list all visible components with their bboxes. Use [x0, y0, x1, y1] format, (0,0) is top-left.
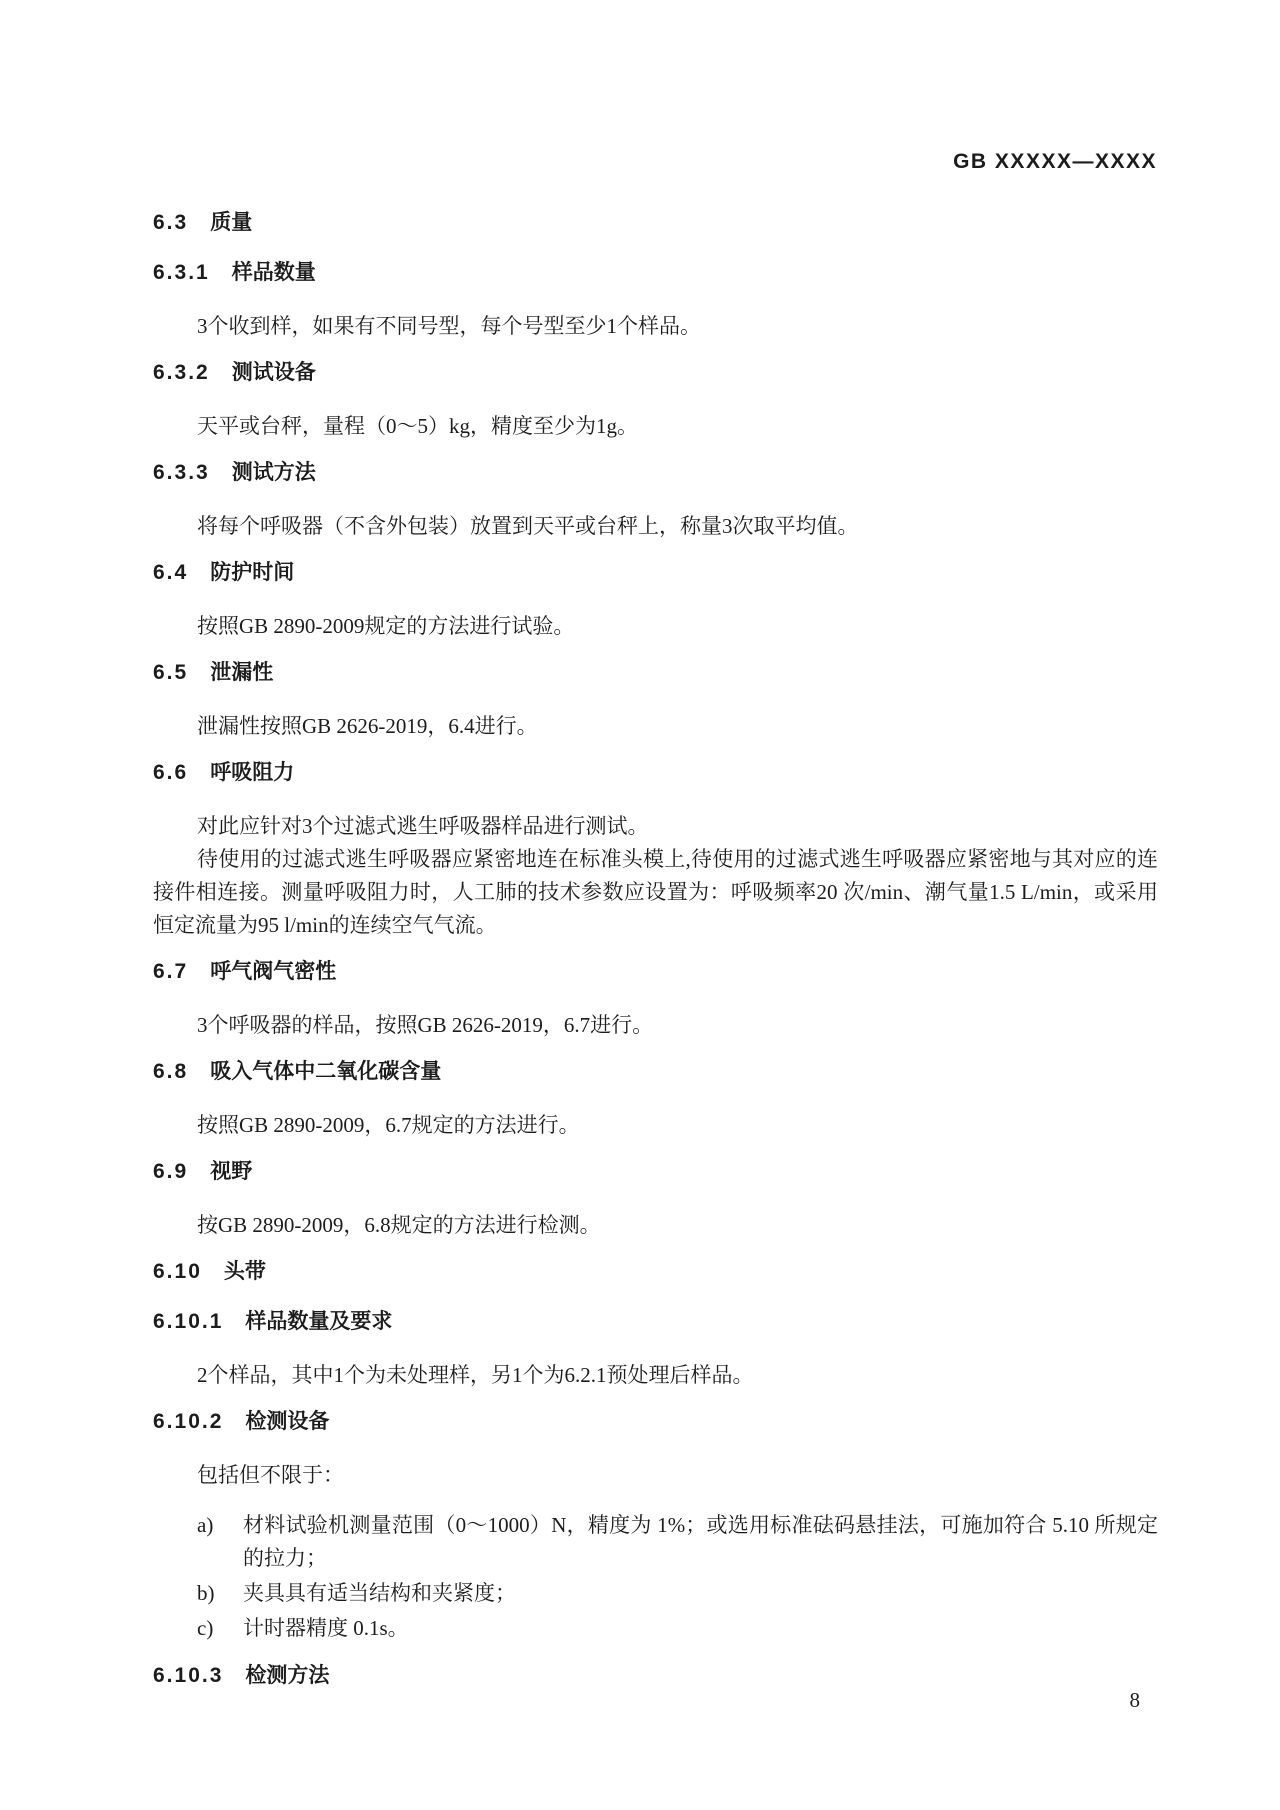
paragraph: 3个呼吸器的样品，按照GB 2626-2019，6.7进行。 [153, 1009, 1158, 1042]
list-item: b)夹具具有适当结构和夹紧度； [153, 1577, 1158, 1610]
heading-title: 头带 [224, 1259, 266, 1285]
section-heading: 6.3.1样品数量 [153, 260, 1158, 286]
heading-number: 6.4 [153, 560, 188, 586]
section-heading: 6.10头带 [153, 1259, 1158, 1285]
paragraph: 按照GB 2890-2009规定的方法进行试验。 [153, 610, 1158, 643]
heading-title: 检测设备 [245, 1409, 329, 1435]
heading-number: 6.10 [153, 1259, 202, 1285]
section-heading: 6.9视野 [153, 1159, 1158, 1185]
heading-number: 6.8 [153, 1059, 188, 1085]
paragraph: 2个样品，其中1个为未处理样，另1个为6.2.1预处理后样品。 [153, 1359, 1158, 1392]
list-text: 材料试验机测量范围（0～1000）N，精度为 1%；或选用标准砝码悬挂法，可施加… [243, 1513, 1158, 1570]
heading-title: 样品数量 [232, 260, 316, 286]
content-area: 6.3质量6.3.1样品数量3个收到样，如果有不同号型，每个号型至少1个样品。6… [153, 210, 1158, 1713]
heading-title: 泄漏性 [210, 660, 273, 686]
paragraph: 对此应针对3个过滤式逃生呼吸器样品进行测试。 [153, 810, 1158, 843]
section-heading: 6.10.2检测设备 [153, 1409, 1158, 1435]
paragraph: 天平或台秤，量程（0～5）kg，精度至少为1g。 [153, 410, 1158, 443]
section-heading: 6.10.1样品数量及要求 [153, 1309, 1158, 1335]
heading-title: 检测方法 [245, 1663, 329, 1689]
paragraph: 将每个呼吸器（不含外包装）放置到天平或台秤上，称量3次取平均值。 [153, 510, 1158, 543]
heading-number: 6.6 [153, 760, 188, 786]
heading-title: 测试设备 [232, 360, 316, 386]
heading-title: 样品数量及要求 [245, 1309, 392, 1335]
section-heading: 6.3质量 [153, 210, 1158, 236]
paragraph: 待使用的过滤式逃生呼吸器应紧密地连在标准头模上,待使用的过滤式逃生呼吸器应紧密地… [153, 843, 1158, 942]
list-label: b) [197, 1577, 215, 1610]
heading-number: 6.9 [153, 1159, 188, 1185]
heading-title: 防护时间 [210, 560, 294, 586]
heading-title: 测试方法 [232, 460, 316, 486]
section-heading: 6.6呼吸阻力 [153, 760, 1158, 786]
paragraph: 包括但不限于： [153, 1459, 1158, 1492]
heading-title: 质量 [210, 210, 252, 236]
list-label: a) [197, 1509, 213, 1542]
page-number: 8 [1130, 1688, 1141, 1713]
list-label: c) [197, 1612, 213, 1645]
section-heading: 6.10.3检测方法 [153, 1663, 1158, 1689]
heading-number: 6.3 [153, 210, 188, 236]
section-heading: 6.7呼气阀气密性 [153, 959, 1158, 985]
heading-title: 视野 [210, 1159, 252, 1185]
section-heading: 6.3.2测试设备 [153, 360, 1158, 386]
paragraph: 按照GB 2890-2009，6.7规定的方法进行。 [153, 1109, 1158, 1142]
heading-number: 6.5 [153, 660, 188, 686]
section-heading: 6.8吸入气体中二氧化碳含量 [153, 1059, 1158, 1085]
heading-title: 吸入气体中二氧化碳含量 [210, 1059, 441, 1085]
list-text: 夹具具有适当结构和夹紧度； [243, 1581, 516, 1605]
heading-number: 6.3.1 [153, 260, 210, 286]
paragraph: 按GB 2890-2009，6.8规定的方法进行检测。 [153, 1209, 1158, 1242]
list-item: c)计时器精度 0.1s。 [153, 1612, 1158, 1645]
section-heading: 6.3.3测试方法 [153, 460, 1158, 486]
heading-number: 6.10.1 [153, 1309, 223, 1335]
section-heading: 6.5泄漏性 [153, 660, 1158, 686]
heading-number: 6.3.2 [153, 360, 210, 386]
heading-number: 6.10.2 [153, 1409, 223, 1435]
paragraph: 泄漏性按照GB 2626-2019，6.4进行。 [153, 710, 1158, 743]
heading-title: 呼吸阻力 [210, 760, 294, 786]
header-standard-code: GB XXXXX—XXXX [953, 150, 1157, 174]
list-text: 计时器精度 0.1s。 [243, 1616, 409, 1640]
heading-number: 6.10.3 [153, 1663, 223, 1689]
heading-number: 6.7 [153, 959, 188, 985]
heading-number: 6.3.3 [153, 460, 210, 486]
list-item: a)材料试验机测量范围（0～1000）N，精度为 1%；或选用标准砝码悬挂法，可… [153, 1509, 1158, 1575]
document-page: GB XXXXX—XXXX 6.3质量6.3.1样品数量3个收到样，如果有不同号… [0, 0, 1280, 1810]
section-heading: 6.4防护时间 [153, 560, 1158, 586]
paragraph: 3个收到样，如果有不同号型，每个号型至少1个样品。 [153, 310, 1158, 343]
heading-title: 呼气阀气密性 [210, 959, 336, 985]
